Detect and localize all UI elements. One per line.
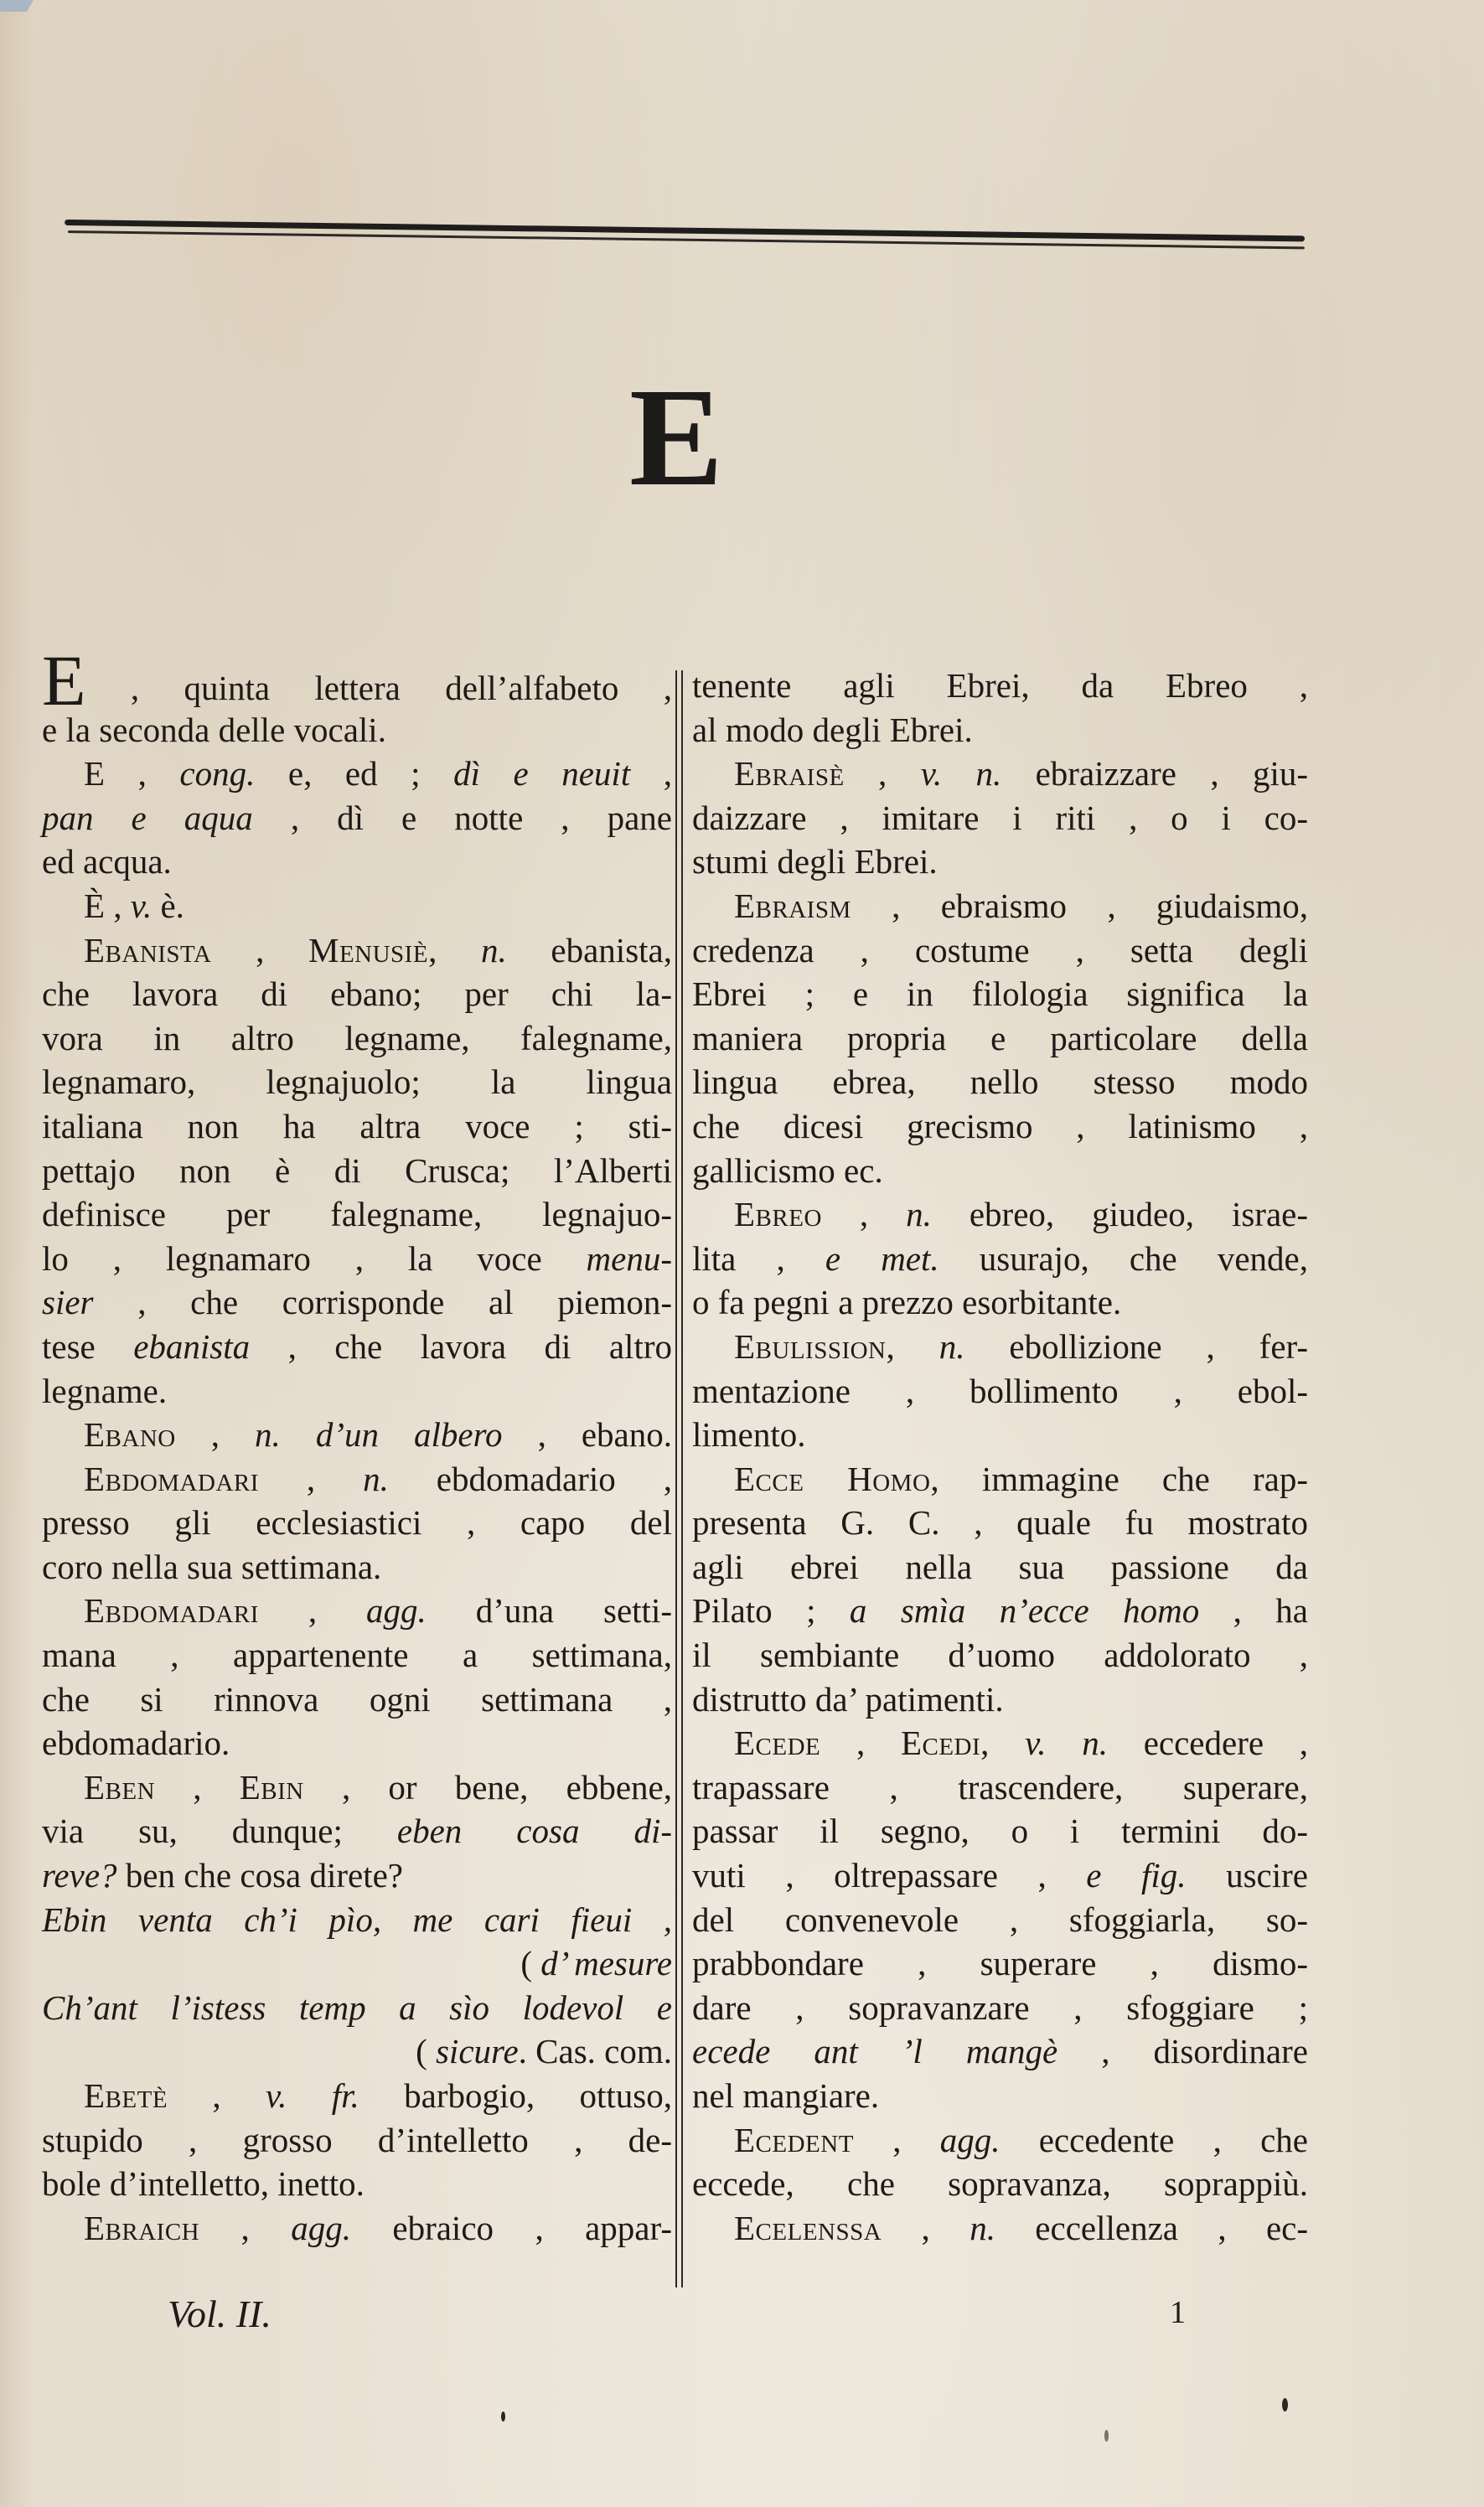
text-run: dare , sopravanzare , sfoggiare ; [692,1988,1308,2027]
text-run: mana , appartenente a settimana, [42,1636,672,1674]
italic-text: v. n. [1025,1724,1108,1762]
text-line: vuti , oltrepassare , e fig. uscire [692,1853,1308,1898]
right-text-column: tenente agli Ebrei, da Ebreo ,al modo de… [692,664,1308,2250]
text-run: d’una setti- [427,1591,672,1630]
text-run: , [854,2121,940,2159]
text-line: via su, dunque; eben cosa di- [42,1809,672,1853]
text-run: ebreo, giudeo, israe- [932,1195,1308,1233]
text-run: uscire [1187,1856,1308,1894]
text-run: limento. [692,1415,806,1454]
italic-text: n. [939,1327,965,1366]
text-line: legnamaro, legnajuolo; la lingua [42,1060,672,1104]
text-line: e la seconda delle vocali. [42,708,672,752]
italic-text: eben cosa di- [397,1812,672,1850]
text-line: ebdomadario. [42,1721,672,1765]
text-run: e, ed ; [255,754,453,793]
text-run: , [820,1724,901,1762]
text-run: , [630,754,672,793]
text-line: eccede, che sopravanza, soprappiù. [692,2162,1308,2206]
headword: Ecede [734,1724,820,1762]
text-run: barbogio, ottuso, [359,2076,672,2115]
italic-text: menu- [587,1239,672,1278]
text-run: , [882,2209,970,2247]
italic-text: e fig. [1086,1856,1186,1894]
text-line: del convenevole , sfoggiarla, so- [692,1898,1308,1942]
text-run: stupido , grosso d’intelletto , de- [42,2121,672,2159]
text-run: prabbondare , superare , dismo- [692,1944,1308,1982]
text-run: Pilato ; [692,1591,850,1630]
italic-text: sier [42,1283,94,1321]
text-run: lo , legnamaro , la voce [42,1239,587,1278]
text-run: eccellenza , ec- [995,2209,1308,2247]
text-run: , ebano. [503,1415,672,1454]
italic-text: n. [363,1460,389,1498]
italic-text: agg. [291,2209,351,2247]
text-line: lita , e met. usurajo, che vende, [692,1237,1308,1281]
text-line: sier , che corrisponde al piemon- [42,1280,672,1325]
italic-text: d’ mesure [540,1944,672,1982]
text-line: prabbondare , superare , dismo- [692,1941,1308,1986]
headword: Eben [84,1768,155,1807]
text-run: , [259,1460,363,1498]
italic-text: agg. [366,1591,427,1630]
headword: Ebanista [84,931,211,969]
text-line: Ebreo , n. ebreo, giudeo, israe- [692,1192,1308,1237]
text-run: , che corrisponde al piemon- [94,1283,673,1321]
text-run: mentazione , bollimento , ebol- [692,1372,1308,1410]
italic-text: sicure [436,2032,519,2070]
text-line: presenta G. C. , quale fu mostrato [692,1501,1308,1545]
column-divider-double-rule [675,670,683,2287]
text-line: mentazione , bollimento , ebol- [692,1369,1308,1414]
text-line: Eben , Ebin , or bene, ebbene, [42,1765,672,1810]
text-run: , che lavora di altro [250,1327,672,1366]
text-run: maniera propria e particolare della [692,1019,1308,1057]
page-corner-background [0,0,34,12]
text-run: nel mangiare. [692,2076,879,2115]
text-run: presenta G. C. , quale fu mostrato [692,1503,1308,1542]
text-line: stupido , grosso d’intelletto , de- [42,2118,672,2163]
text-line: limento. [692,1413,1308,1457]
text-line: al modo degli Ebrei. [692,708,1308,752]
text-run: eccedere , [1108,1724,1308,1762]
text-line: italiana non ha altra voce ; sti- [42,1104,672,1149]
text-run: ebdomadario , [389,1460,672,1498]
text-run: legnamaro, legnajuolo; la lingua [42,1062,672,1101]
text-run: E , [84,754,179,793]
text-run: definisce per falegname, legnajuo- [42,1195,672,1233]
text-run: stumi degli Ebrei. [692,842,938,881]
text-line: Ebin venta ch’i pìo, me cari fieui , [42,1898,672,1942]
headword: Ecedi [901,1724,980,1762]
text-line: Ebulission, n. ebollizione , fer- [692,1325,1308,1369]
text-line: passar il segno, o i termini do- [692,1809,1308,1853]
text-line: tese ebanista , che lavora di altro [42,1325,672,1369]
text-line: il sembiante d’uomo addolorato , [692,1633,1308,1677]
text-run: ben che cosa direte? [117,1856,403,1894]
text-run: eccede, che sopravanza, soprappiù. [692,2164,1308,2203]
headword: Ecelenssa [734,2209,882,2247]
italic-text: a smìa n’ecce homo [850,1591,1199,1630]
text-line: Ebdomadari , agg. d’una setti- [42,1589,672,1633]
text-line: Ecce Homo, immagine che rap- [692,1457,1308,1502]
text-line: che si rinnova ogni settimana , [42,1677,672,1722]
text-run: ebraizzare , giu- [1001,754,1308,793]
text-run: , or bene, ebbene, [304,1768,672,1807]
text-run: lita , [692,1239,825,1278]
text-run: ebanista, [507,931,672,969]
text-line: distrutto da’ patimenti. [692,1677,1308,1722]
text-line: Ecede , Ecedi, v. n. eccedere , [692,1721,1308,1765]
text-line: credenza , costume , setta degli [692,928,1308,973]
text-run: che lavora di ebano; per chi la- [42,974,672,1013]
text-run: , ha [1199,1591,1308,1630]
text-run: , [176,1415,255,1454]
text-run: pettajo non è di Crusca; l’Alberti [42,1151,672,1190]
italic-text: pan e aqua [42,799,253,837]
text-run: o fa pegni a prezzo esorbitante. [692,1283,1121,1321]
text-run: È , [84,886,131,925]
text-run: Ebrei ; e in filologia significa la [692,974,1308,1013]
italic-text: ebanista [133,1327,250,1366]
text-run: , [199,2209,291,2247]
text-run: tese [42,1327,133,1366]
text-line: presso gli ecclesiastici , capo del [42,1501,672,1545]
text-run: ed acqua. [42,842,172,881]
text-line: E , quinta lettera dell’alfabeto , [42,664,672,708]
text-run: , [845,754,921,793]
italic-text: n. d’un albero [255,1415,503,1454]
text-run: che si rinnova ogni settimana , [42,1680,672,1719]
left-text-column: E , quinta lettera dell’alfabeto ,e la s… [42,664,672,2250]
text-line: Ebano , n. d’un albero , ebano. [42,1413,672,1457]
text-line: mana , appartenente a settimana, [42,1633,672,1677]
italic-text: Ebin venta ch’i pìo, me cari fieui , [42,1900,672,1939]
text-line: o fa pegni a prezzo esorbitante. [692,1280,1308,1325]
text-line: stumi degli Ebrei. [692,840,1308,884]
text-run: , [168,2076,266,2115]
text-line: nel mangiare. [692,2074,1308,2118]
paper-speck [1104,2430,1109,2442]
text-line: ( sicure. Cas. com. [42,2029,672,2074]
text-run: coro nella sua settimana. [42,1548,381,1586]
text-run: , [211,931,308,969]
text-line: vora in altro legname, falegname, [42,1016,672,1061]
text-run: ebollizione , fer- [964,1327,1308,1366]
text-run: usurajo, che vende, [939,1239,1308,1278]
text-line: Ebetè , v. fr. barbogio, ottuso, [42,2074,672,2118]
text-line: ( d’ mesure [42,1941,672,1986]
text-line: trapassare , trascendere, superare, [692,1765,1308,1810]
text-line: Ebrei ; e in filologia significa la [692,972,1308,1016]
headword: Ebdomadari [84,1460,259,1498]
text-run: ( [520,1944,540,1982]
text-line: dare , sopravanzare , sfoggiare ; [692,1986,1308,2030]
italic-text: v. n. [921,754,1002,793]
text-line: Ebraich , agg. ebraico , appar- [42,2206,672,2251]
headword: Ecedent [734,2121,854,2159]
text-run: passar il segno, o i termini do- [692,1812,1308,1850]
paper-speck [1282,2398,1288,2411]
text-run: , [822,1195,906,1233]
text-run: , [980,1724,1025,1762]
text-run: italiana non ha altra voce ; sti- [42,1107,672,1145]
headword: Ebdomadari [84,1591,259,1630]
text-line: Ecedent , agg. eccedente , che [692,2118,1308,2163]
italic-text: Ch’ant l’istess temp a sìo lodevol e [42,1988,672,2027]
text-run: , dì e notte , pane [253,799,672,837]
italic-text: ecede ant ’l mangè [692,2032,1057,2070]
italic-text: reve? [42,1856,117,1894]
text-run: presso gli ecclesiastici , capo del [42,1503,672,1542]
text-run: , [887,1327,939,1366]
text-run: . Cas. com. [519,2032,672,2070]
text-run: , quinta lettera dell’alfabeto , [86,669,672,707]
header-double-rule [65,220,1305,261]
italic-text: e met. [825,1239,939,1278]
text-line: ecede ant ’l mangè , disordinare [692,2029,1308,2074]
text-line: bole d’intelletto, inetto. [42,2162,672,2206]
text-run: , immagine che rap- [930,1460,1308,1498]
text-run: che dicesi grecismo , latinismo , [692,1107,1308,1145]
text-run: ebraico , appar- [351,2209,672,2247]
text-line: pan e aqua , dì e notte , pane [42,796,672,840]
text-run: vuti , oltrepassare , [692,1856,1086,1894]
italic-text: v. [131,886,152,925]
text-line: daizzare , imitare i riti , o i co- [692,796,1308,840]
text-run: ebdomadario. [42,1724,230,1762]
section-letter-heading: E [618,367,735,508]
text-line: E , cong. e, ed ; dì e neuit , [42,752,672,796]
text-run: , [259,1591,366,1630]
italic-text: n. [970,2209,995,2247]
headword: Ebraism [734,886,851,925]
text-line: ed acqua. [42,840,672,884]
text-line: agli ebrei nella sua passione da [692,1545,1308,1589]
text-run: vora in altro legname, falegname, [42,1019,672,1057]
text-line: che dicesi grecismo , latinismo , [692,1104,1308,1149]
volume-signature: Vol. II. [168,2292,271,2336]
text-run: il sembiante d’uomo addolorato , [692,1636,1308,1674]
text-run: , disordinare [1057,2032,1308,2070]
text-run: daizzare , imitare i riti , o i co- [692,799,1308,837]
text-line: maniera propria e particolare della [692,1016,1308,1061]
text-run: lingua ebrea, nello stesso modo [692,1062,1308,1101]
headword: Ebraich [84,2209,199,2247]
italic-text: cong. [179,754,255,793]
paper-speck [501,2411,505,2422]
text-run: eccedente , che [1000,2121,1308,2159]
headword: Ebraisè [734,754,845,793]
text-line: pettajo non è di Crusca; l’Alberti [42,1149,672,1193]
text-run: , ebraismo , giudaismo, [851,886,1308,925]
text-line: lingua ebrea, nello stesso modo [692,1060,1308,1104]
text-line: che lavora di ebano; per chi la- [42,972,672,1016]
text-run: legname. [42,1372,167,1410]
text-line: coro nella sua settimana. [42,1545,672,1589]
text-run: tenente agli Ebrei, da Ebreo , [692,666,1308,705]
text-run: e la seconda delle vocali. [42,711,386,749]
text-run: bole d’intelletto, inetto. [42,2164,365,2203]
headword: Ecce Homo [734,1460,930,1498]
page-number: 1 [1170,2294,1186,2331]
text-line: reve? ben che cosa direte? [42,1853,672,1898]
text-run: distrutto da’ patimenti. [692,1680,1004,1719]
headword: Ebano [84,1415,176,1454]
text-line: legname. [42,1369,672,1414]
text-line: Ebraisè , v. n. ebraizzare , giu- [692,752,1308,796]
text-line: Ecelenssa , n. eccellenza , ec- [692,2206,1308,2251]
text-line: Ebdomadari , n. ebdomadario , [42,1457,672,1502]
text-run: del convenevole , sfoggiarla, so- [692,1900,1308,1939]
text-run: trapassare , trascendere, superare, [692,1768,1308,1807]
text-run: , [155,1768,240,1807]
text-line: È , v. è. [42,884,672,928]
text-run: credenza , costume , setta degli [692,931,1308,969]
headword: Menusiè [308,931,428,969]
italic-text: dì e neuit [453,754,630,793]
text-line: Ebanista , Menusiè, n. ebanista, [42,928,672,973]
text-run: agli ebrei nella sua passione da [692,1548,1308,1586]
headword: Ebulission [734,1327,887,1366]
headword: Ebreo [734,1195,822,1233]
text-line: gallicismo ec. [692,1149,1308,1193]
text-line: Ch’ant l’istess temp a sìo lodevol e [42,1986,672,2030]
text-run: , [428,931,481,969]
text-run: è. [152,886,184,925]
italic-text: agg. [940,2121,1001,2159]
italic-text: n. [906,1195,932,1233]
text-line: definisce per falegname, legnajuo- [42,1192,672,1237]
text-run: gallicismo ec. [692,1151,883,1190]
text-run: al modo degli Ebrei. [692,711,973,749]
text-run: ( [416,2032,436,2070]
text-line: Pilato ; a smìa n’ecce homo , ha [692,1589,1308,1633]
headword: Ebin [240,1768,304,1807]
text-run: via su, dunque; [42,1812,397,1850]
headword: Ebetè [84,2076,168,2115]
italic-text: v. fr. [266,2076,359,2115]
text-line: Ebraism , ebraismo , giudaismo, [692,884,1308,928]
text-line: lo , legnamaro , la voce menu- [42,1237,672,1281]
text-line: tenente agli Ebrei, da Ebreo , [692,664,1308,708]
italic-text: n. [481,931,507,969]
